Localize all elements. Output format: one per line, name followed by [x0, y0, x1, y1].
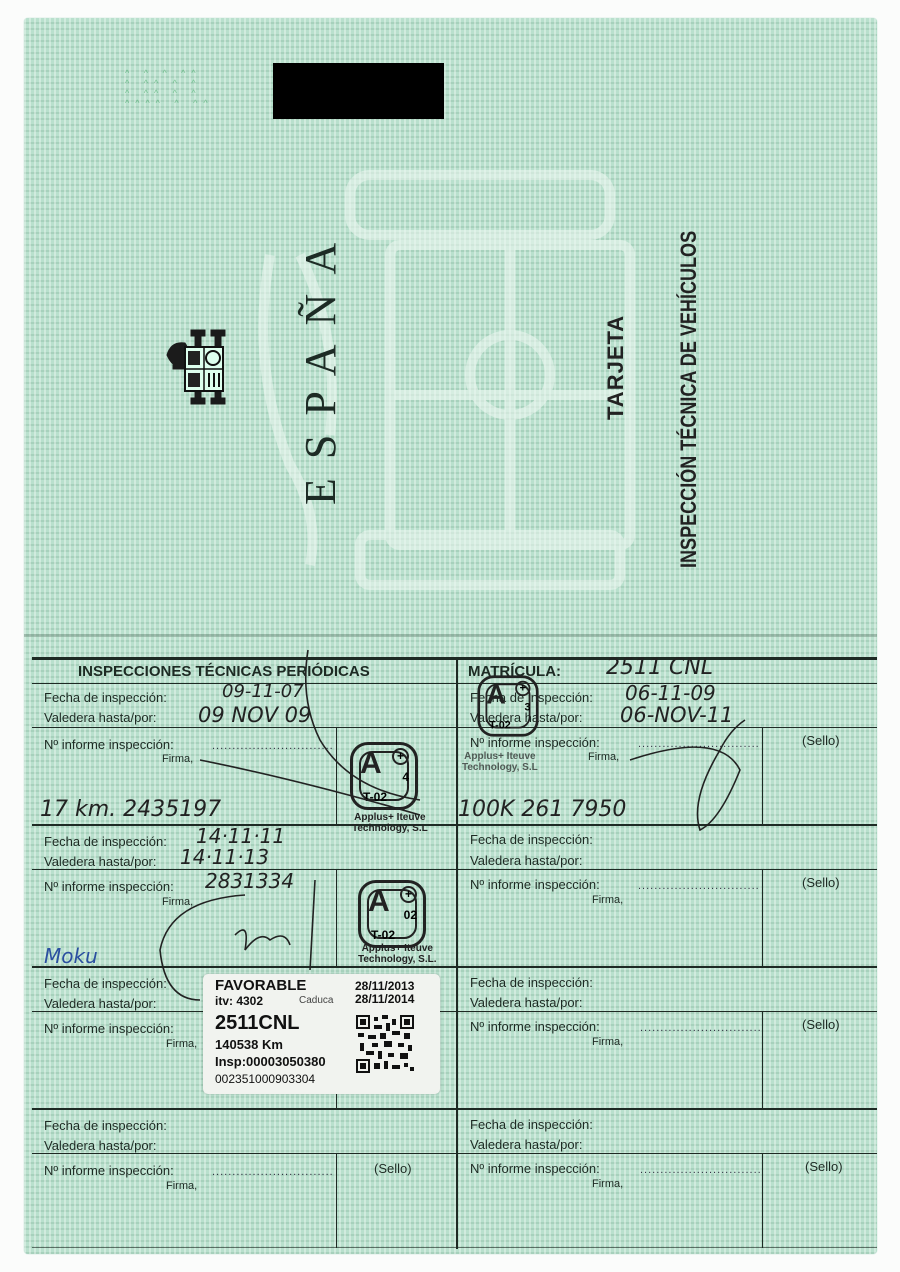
- dotted-line: ..............................: [212, 1166, 334, 1178]
- informe-label: Nº informe inspección:: [44, 1163, 174, 1178]
- inspection-date: 28/11/2013: [355, 979, 414, 993]
- sello-label: (Sello): [805, 1159, 843, 1174]
- informe-label: Nº informe inspección:: [44, 879, 174, 894]
- caduca-label: Caduca: [299, 995, 333, 1006]
- valedera-value: 06-NOV-11: [620, 703, 733, 727]
- plus-icon: +: [400, 886, 417, 903]
- firma-label: Firma,: [588, 751, 619, 763]
- grid-line: [762, 1011, 763, 1109]
- fecha-label: Fecha de inspección:: [44, 834, 167, 849]
- grid-line: [32, 824, 877, 826]
- firma-label: Firma,: [592, 894, 623, 906]
- grid-line: [336, 869, 337, 967]
- spain-coat-of-arms-icon: [165, 325, 233, 410]
- plus-icon: +: [392, 748, 409, 765]
- plus-icon: +: [515, 681, 530, 696]
- sello-label: (Sello): [802, 875, 840, 890]
- stamp-caption: Applus+ IteuveTechnology, S.L: [352, 812, 428, 834]
- inspection-stamp: A + 4 T-02: [350, 742, 418, 810]
- valedera-value: 09 NOV 09: [198, 703, 311, 727]
- valedera-label: Valedera hasta/por:: [44, 854, 157, 869]
- dotted-line: ..............................: [212, 740, 334, 752]
- fecha-label: Fecha de inspección:: [44, 976, 167, 991]
- odometer-note: 17 km. 2435197: [40, 797, 221, 822]
- grid-center-divider: [456, 657, 458, 1249]
- valedera-label: Valedera hasta/por:: [44, 1138, 157, 1153]
- grid-line: [32, 1108, 877, 1110]
- grid-line: [32, 683, 877, 684]
- inspection-stamp: A + 02 T-02: [358, 880, 426, 948]
- firma-label: Firma,: [162, 896, 193, 908]
- inspection-stamp: A + 3 T-02: [477, 675, 538, 736]
- grid-line: [32, 966, 877, 968]
- cover-subtitle: INSPECCIÓN TÉCNICA DE VEHÍCULOS: [676, 231, 702, 568]
- fecha-label: Fecha de inspección:: [44, 1118, 167, 1133]
- grid-line: [32, 869, 877, 870]
- serial-number: 002351000903304: [215, 1072, 315, 1086]
- fecha-label: Fecha de inspección:: [470, 1117, 593, 1132]
- firma-label: Firma,: [592, 1178, 623, 1190]
- stamp-caption: Applus+ IteuveTechnology, S.L.: [358, 943, 437, 965]
- grid-line: [762, 1153, 763, 1248]
- informe-label: Nº informe inspección:: [470, 1019, 600, 1034]
- informe-label: Nº informe inspección:: [470, 877, 600, 892]
- fold-line: [24, 634, 877, 637]
- dotted-line: ..............................: [638, 880, 760, 892]
- itv-station: itv: 4302: [215, 994, 263, 1008]
- informe-value: 2831334: [205, 869, 294, 893]
- grid-line: [336, 727, 337, 825]
- inspection-number: Insp:00003050380: [215, 1054, 326, 1069]
- expiry-date: 28/11/2014: [355, 992, 414, 1006]
- grid-line: [336, 1153, 337, 1248]
- informe-label: Nº informe inspección:: [44, 1021, 174, 1036]
- grid-line: [762, 727, 763, 825]
- fecha-value: 09-11-07: [222, 681, 304, 702]
- grid-line: [762, 869, 763, 967]
- dotted-line: ..............................: [640, 1022, 762, 1034]
- firma-label: Firma,: [166, 1180, 197, 1192]
- grid-top-rule: [32, 657, 877, 660]
- country-name: ESPAÑA: [295, 205, 345, 505]
- fecha-value: 06-11-09: [625, 681, 716, 705]
- sello-label: (Sello): [374, 1161, 412, 1176]
- sello-label: (Sello): [802, 733, 840, 748]
- firma-label: Firma,: [162, 753, 193, 765]
- result: FAVORABLE: [215, 977, 306, 994]
- valedera-value: 14·11·13: [180, 845, 269, 869]
- plate-value-handwritten: 2511 CNL: [606, 655, 713, 680]
- firma-label: Firma,: [166, 1038, 197, 1050]
- valedera-label: Valedera hasta/por:: [470, 1137, 583, 1152]
- dotted-line: ..............................: [640, 1164, 762, 1176]
- grid-line: [32, 1247, 877, 1248]
- stamp-caption: Applus+ IteuveTechnology, S.L: [462, 751, 538, 773]
- grid-line: [32, 1153, 877, 1154]
- valedera-label: Valedera hasta/por:: [470, 995, 583, 1010]
- grid-line: [32, 1011, 877, 1012]
- grid-line: [32, 727, 877, 728]
- perforation-marks: ^ ^ ^ ^^^ ^^ ^ ^^ ^^ ^ ^^^^^ ^ ^^: [125, 68, 255, 118]
- signature-note: Moku: [44, 944, 98, 968]
- fecha-label: Fecha de inspección:: [44, 690, 167, 705]
- valedera-label: Valedera hasta/por:: [44, 710, 157, 725]
- left-section-header: INSPECCIONES TÉCNICAS PERIÓDICAS: [78, 663, 370, 680]
- fecha-label: Fecha de inspección:: [470, 832, 593, 847]
- dotted-line: ..............................: [638, 738, 760, 750]
- qr-code-icon: [356, 1014, 414, 1074]
- firma-label: Firma,: [592, 1036, 623, 1048]
- sello-label: (Sello): [802, 1017, 840, 1032]
- cover-title: TARJETA: [603, 315, 629, 420]
- informe-label: Nº informe inspección:: [470, 735, 600, 750]
- redacted-area: [273, 63, 444, 119]
- itv-sticker: FAVORABLE itv: 4302 Caduca 28/11/2013 28…: [203, 974, 440, 1094]
- informe-label: Nº informe inspección:: [44, 737, 174, 752]
- odometer: 140538 Km: [215, 1037, 283, 1052]
- fecha-label: Fecha de inspección:: [470, 975, 593, 990]
- informe-label: Nº informe inspección:: [470, 1161, 600, 1176]
- valedera-label: Valedera hasta/por:: [470, 853, 583, 868]
- plate: 2511CNL: [215, 1012, 300, 1035]
- valedera-label: Valedera hasta/por:: [44, 996, 157, 1011]
- odometer-note: 100K 261 7950: [458, 797, 626, 822]
